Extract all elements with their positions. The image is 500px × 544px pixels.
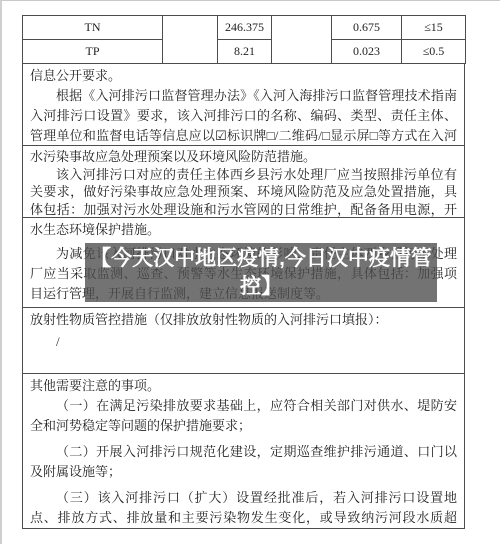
actual-value-cell: 0.023	[332, 40, 402, 64]
watermark-text: 【今天汉中地区疫情,今日汉中疫情管控】	[86, 245, 436, 301]
section-paragraph: 该入河排污口对应的责任主体西乡县污水处理厂应当按照排污单位有关要求，做好污染事故…	[30, 166, 457, 218]
section-title: 水污染事故应急处理预案以及环境风险防范措施。	[30, 148, 457, 166]
section-title: 水生态环境保护措施。	[30, 220, 457, 240]
page-edge-top	[0, 0, 500, 1]
section-paragraph: /	[30, 332, 457, 352]
watermark-overlay: 【今天汉中地区疫情,今日汉中疫情管控】	[85, 243, 437, 302]
section-paragraph: （一）在满足污染排放要求基础上，应符合相关部门对供水、堤防安全和河势稳定等问题的…	[30, 396, 457, 436]
design-value-cell: 246.375	[218, 16, 272, 40]
limit-value-cell: ≤0.5	[402, 40, 466, 64]
section-pollution-emergency: 水污染事故应急处理预案以及环境风险防范措施。 该入河排污口对应的责任主体西乡县污…	[23, 145, 464, 217]
section-paragraph: （三）该入河排污口（扩大）设置经批准后，若入河排污口设置地点、排放方式、排放量和…	[30, 488, 457, 528]
design-value-cell: 8.21	[218, 40, 272, 64]
section-paragraph: （二）开展入河排污口规范化建设，定期巡查维护排污通道、口门以及附属设施等；	[30, 442, 457, 482]
table-row-tn: TN 246.375 0.675 ≤15	[23, 16, 466, 40]
section-title: 放射性物质管控措施（仅排放放射性物质的入河排污口填报）：	[30, 310, 457, 330]
blank-cell-1	[163, 16, 218, 64]
param-name-cell: TN	[23, 16, 163, 40]
section-title: 信息公开要求。	[30, 66, 457, 86]
limit-value-cell: ≤15	[402, 16, 466, 40]
page-edge-left	[0, 0, 2, 544]
section-radioactive-control: 放射性物质管控措施（仅排放放射性物质的入河排污口填报）： /	[23, 307, 464, 373]
section-info-disclosure: 信息公开要求。 根据《入河排污口监督管理办法》《入河入海排污口监督管理技术指南 …	[23, 64, 464, 145]
param-name-cell: TP	[23, 40, 163, 64]
parameter-table: TN 246.375 0.675 ≤15 TP 8.21 0.023 ≤0.5	[22, 15, 466, 64]
actual-value-cell: 0.675	[332, 16, 402, 40]
section-other-notes: 其他需要注意的事项。 （一）在满足污染排放要求基础上，应符合相关部门对供水、堤防…	[23, 373, 464, 528]
section-paragraph: 根据《入河排污口监督管理办法》《入河入海排污口监督管理技术指南 入河排污口设置》…	[30, 86, 457, 145]
section-title: 其他需要注意的事项。	[30, 376, 457, 396]
blank-cell-2	[272, 16, 332, 64]
table-row-tp: TP 8.21 0.023 ≤0.5	[23, 40, 466, 64]
